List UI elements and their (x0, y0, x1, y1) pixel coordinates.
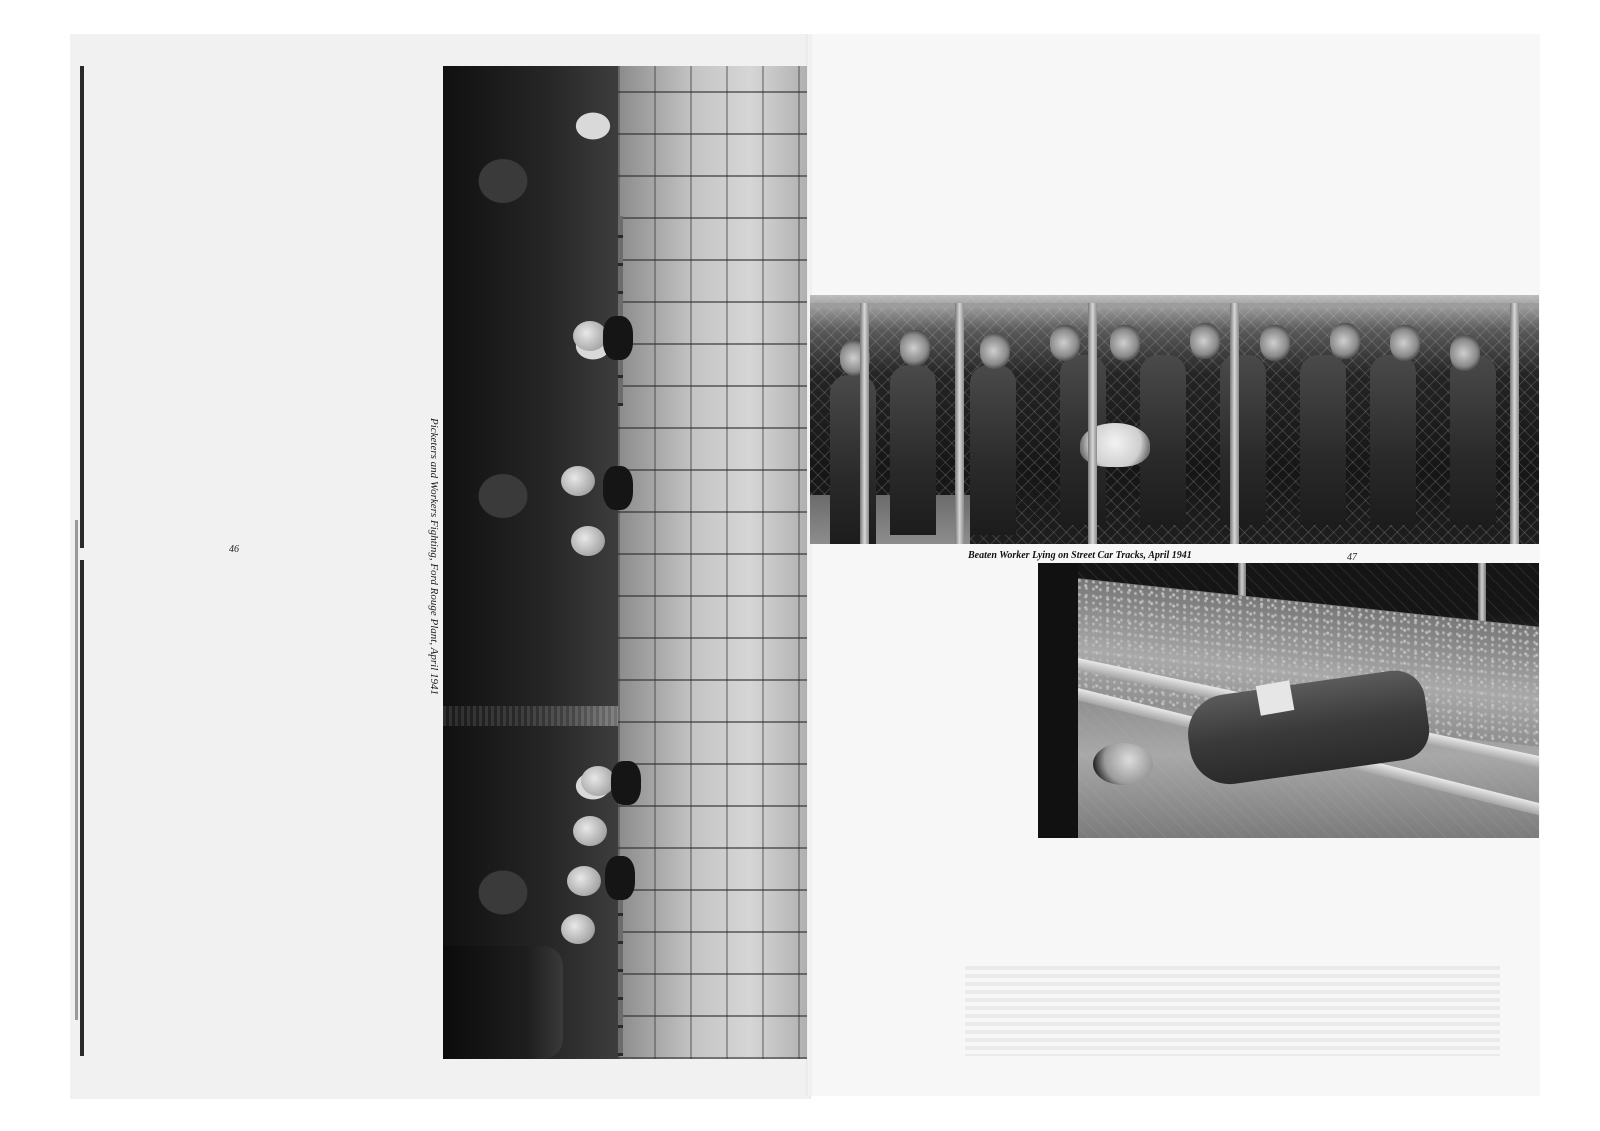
hat (603, 466, 633, 510)
photo-shadow (1038, 563, 1078, 838)
head (1330, 323, 1360, 359)
person (1450, 355, 1496, 525)
head (1190, 323, 1220, 359)
fence-post (1510, 303, 1519, 544)
hat (611, 761, 641, 805)
car (443, 946, 563, 1059)
photo-worker-on-tracks (1038, 563, 1539, 838)
page-number-left: 46 (229, 544, 239, 555)
fence-post (955, 303, 964, 544)
worker-shirt (1256, 680, 1295, 715)
page-edge-rule (80, 66, 84, 1056)
fence-post (1088, 303, 1097, 544)
page-edge-rule-gap (80, 548, 84, 560)
fence-post (860, 303, 869, 544)
scan-edge-mark (75, 520, 78, 1020)
face (571, 526, 605, 556)
person (1370, 355, 1416, 525)
head (1450, 335, 1480, 371)
head (900, 330, 930, 366)
head (1050, 325, 1080, 361)
head (980, 333, 1010, 369)
photo-picketers-and-workers (443, 66, 807, 1059)
face (561, 466, 595, 496)
caption-right-photo: Beaten Worker Lying on Street Car Tracks… (968, 550, 1192, 561)
hat (605, 856, 635, 900)
person (890, 365, 936, 535)
face (581, 766, 615, 796)
head (1390, 325, 1420, 361)
fence-post (1230, 303, 1239, 544)
head (1260, 325, 1290, 361)
person (970, 365, 1016, 535)
fence-rail (810, 303, 1539, 307)
person (830, 375, 876, 544)
head (1110, 325, 1140, 361)
bleed-through-text (965, 966, 1500, 1056)
crowd-group (443, 66, 618, 296)
person (1300, 355, 1346, 525)
photo-crowd-behind-fence (810, 295, 1539, 544)
caption-left-text: Picketers and Workers Fighting, Ford Rou… (428, 418, 440, 695)
face (573, 816, 607, 846)
plant-building (618, 66, 807, 1059)
face (573, 321, 607, 351)
face (561, 914, 595, 944)
person (1220, 355, 1266, 525)
hat (603, 316, 633, 360)
worker-head (1093, 743, 1153, 785)
page-number-right: 47 (1347, 552, 1357, 563)
book-spread: 46 Picketers and Workers Fighting, Ford … (0, 0, 1600, 1131)
face (567, 866, 601, 896)
